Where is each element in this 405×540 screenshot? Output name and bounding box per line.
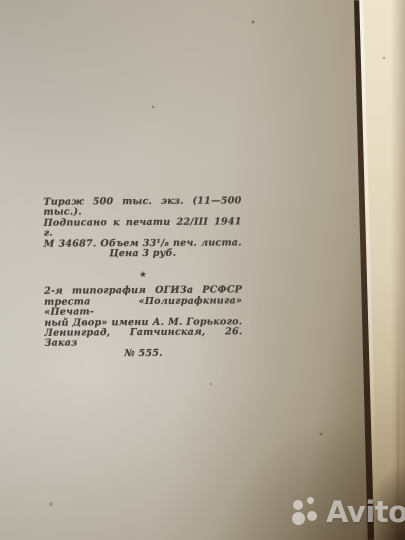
page-edge-crease <box>397 281 399 540</box>
print-info-line: Тираж 500 тыс. экз. (11—500 тыс.). <box>43 196 241 218</box>
colophon-block: Тираж 500 тыс. экз. (11—500 тыс.). Подпи… <box>43 196 242 360</box>
avito-logo-icon <box>292 496 322 527</box>
print-info-line: Подписано к печати 22/III 1941 г. <box>44 217 242 239</box>
separator-star-icon: ★ <box>44 271 242 280</box>
printer-info-block: 2-я типография ОГИЗа РСФСР треста «Полиг… <box>44 286 243 360</box>
printer-info-line: Ленинград, Гатчинская, 26. Заказ <box>44 327 242 349</box>
printer-info-line: треста «Полиграфкнига» «Печат- <box>44 296 242 318</box>
printer-info-line: № 555. <box>44 348 242 360</box>
avito-watermark: Avito <box>292 496 405 527</box>
print-info-line: Цена 3 руб. <box>44 248 242 260</box>
book-page-photo: Тираж 500 тыс. экз. (11—500 тыс.). Подпи… <box>0 0 405 540</box>
paper-specks <box>0 0 2 2</box>
avito-watermark-label: Avito <box>326 497 405 527</box>
print-info-block: Тираж 500 тыс. экз. (11—500 тыс.). Подпи… <box>43 196 241 260</box>
